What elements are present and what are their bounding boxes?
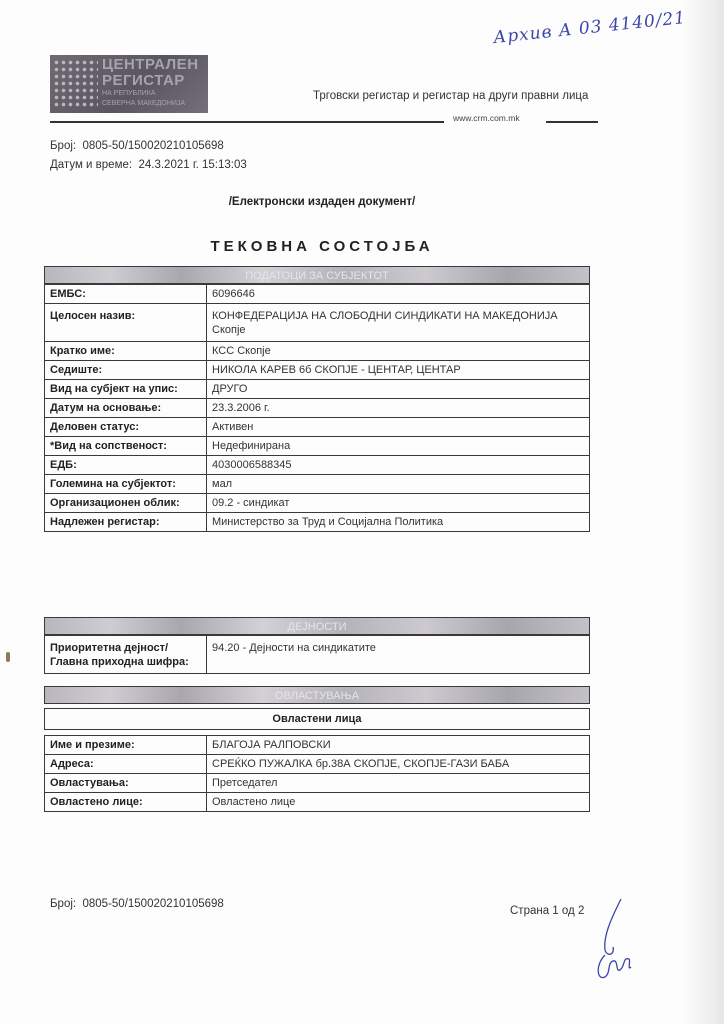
section-header-authorizations: ОВЛАСТУВАЊА [44,686,590,704]
document-datetime: Датум и време: 24.3.2021 г. 15:13:03 [50,159,247,171]
row-value: СРЕЌКО ПУЖАЛКА бр.38А СКОПЈЕ, СКОПЈЕ-ГАЗ… [207,755,590,774]
row-value: Овластено лице [207,793,590,812]
priority-activity-label: Приоритетна дејност/Главна приходна шифр… [45,636,207,674]
punch-hole-mark [6,652,10,662]
register-title: Трговски регистар и регистар на други пр… [313,90,588,102]
row-value: КОНФЕДЕРАЦИЈА НА СЛОБОДНИ СИНДИКАТИ НА М… [207,304,590,342]
full-name-line2: Скопје [212,323,584,337]
priority-activity-value: 94.20 - Дејности на синдикатите [207,636,590,674]
row-label: Организационен облик: [45,494,207,513]
table-row: Кратко име:КСС Скопје [45,342,590,361]
table-row: Датум на основање:23.3.2006 г. [45,399,590,418]
row-label: Датум на основање: [45,399,207,418]
section-header-activities: ДЕЈНОСТИ [44,617,590,635]
row-label: Вид на субјект на упис: [45,380,207,399]
table-row: Деловен статус:Активен [45,418,590,437]
row-value: 6096646 [207,285,590,304]
table-row: Име и презиме:БЛАГОЈА РАЛПОВСКИ [45,736,590,755]
logo-line-3: НА РЕПУБЛИКА [102,90,155,97]
logo-line-2: РЕГИСТАР [102,72,185,89]
authorized-persons-table: Име и презиме:БЛАГОЈА РАЛПОВСКИ Адреса:С… [44,735,590,812]
datetime-label: Датум и време: [50,159,132,171]
header-rule-right [546,121,598,123]
row-label: Големина на субјектот: [45,475,207,494]
row-label: Име и презиме: [45,736,207,755]
logo-dots-icon [53,59,98,109]
handwritten-archive-note: Архив А 03 4140/21 [492,8,687,48]
website-link: www.crm.com.mk [453,113,520,123]
full-name-line1: КОНФЕДЕРАЦИЈА НА СЛОБОДНИ СИНДИКАТИ НА М… [212,309,584,323]
row-label: Овластено лице: [45,793,207,812]
table-row: Овластено лице:Овластено лице [45,793,590,812]
row-label: Целосен назив: [45,304,207,342]
table-row: *Вид на сопственост:Недефинирана [45,437,590,456]
footer-number-label: Број: [50,898,76,910]
table-row: Адреса:СРЕЌКО ПУЖАЛКА бр.38А СКОПЈЕ, СКО… [45,755,590,774]
row-label: Овластувања: [45,774,207,793]
label-line-2: Главна приходна шифра: [50,655,201,669]
table-row: Приоритетна дејност/Главна приходна шифр… [45,636,590,674]
page-number: Страна 1 од 2 [510,905,584,917]
datetime-value: 24.3.2021 г. 15:13:03 [138,159,246,171]
table-row: Организационен облик:09.2 - синдикат [45,494,590,513]
row-value: Претседател [207,774,590,793]
central-registry-logo: ЦЕНТРАЛЕН РЕГИСТАР НА РЕПУБЛИКА СЕВЕРНА … [50,55,208,113]
table-row: ЕМБС:6096646 [45,285,590,304]
table-row: ЕДБ:4030006588345 [45,456,590,475]
footer-number-value: 0805-50/150020210105698 [82,898,223,910]
row-label: Седиште: [45,361,207,380]
page-edge-shadow [684,0,724,1024]
number-label: Број: [50,140,76,152]
page-title: ТЕКОВНА СОСТОЈБА [0,238,644,255]
row-value: Министерство за Труд и Социјална Политик… [207,513,590,532]
row-label: Деловен статус: [45,418,207,437]
section-header-subject-data: ПОДАТОЦИ ЗА СУБЈЕКТОТ [44,266,590,284]
electronic-document-subtitle: /Електронски издаден документ/ [0,196,644,208]
table-row: Овластувања:Претседател [45,774,590,793]
row-label: *Вид на сопственост: [45,437,207,456]
row-value: 23.3.2006 г. [207,399,590,418]
logo-line-4: СЕВЕРНА МАКЕДОНИЈА [102,100,185,107]
logo-line-1: ЦЕНТРАЛЕН [102,56,199,73]
table-row: Надлежен регистар:Министерство за Труд и… [45,513,590,532]
subject-data-table: ЕМБС:6096646 Целосен назив:КОНФЕДЕРАЦИЈА… [44,284,590,532]
row-label: ЕМБС: [45,285,207,304]
signature-icon [585,895,635,985]
activities-table: Приоритетна дејност/Главна приходна шифр… [44,635,590,674]
table-row: Големина на субјектот:мал [45,475,590,494]
row-value: мал [207,475,590,494]
label-line-1: Приоритетна дејност/ [50,641,201,655]
number-value: 0805-50/150020210105698 [82,140,223,152]
header-rule-left [50,121,444,123]
row-value: КСС Скопје [207,342,590,361]
table-row: Целосен назив:КОНФЕДЕРАЦИЈА НА СЛОБОДНИ … [45,304,590,342]
document-number: Број: 0805-50/150020210105698 [50,140,224,152]
row-value: ДРУГО [207,380,590,399]
row-value: Недефинирана [207,437,590,456]
row-label: ЕДБ: [45,456,207,475]
row-value: 09.2 - синдикат [207,494,590,513]
table-row: Вид на субјект на упис:ДРУГО [45,380,590,399]
row-value: НИКОЛА КАРЕВ 6б СКОПЈЕ - ЦЕНТАР, ЦЕНТАР [207,361,590,380]
table-row: Седиште:НИКОЛА КАРЕВ 6б СКОПЈЕ - ЦЕНТАР,… [45,361,590,380]
authorized-persons-subheading: Овластени лица [44,708,590,730]
row-label: Адреса: [45,755,207,774]
footer-document-number: Број: 0805-50/150020210105698 [50,898,224,910]
row-value: Активен [207,418,590,437]
row-label: Надлежен регистар: [45,513,207,532]
row-label: Кратко име: [45,342,207,361]
row-value: 4030006588345 [207,456,590,475]
row-value: БЛАГОЈА РАЛПОВСКИ [207,736,590,755]
